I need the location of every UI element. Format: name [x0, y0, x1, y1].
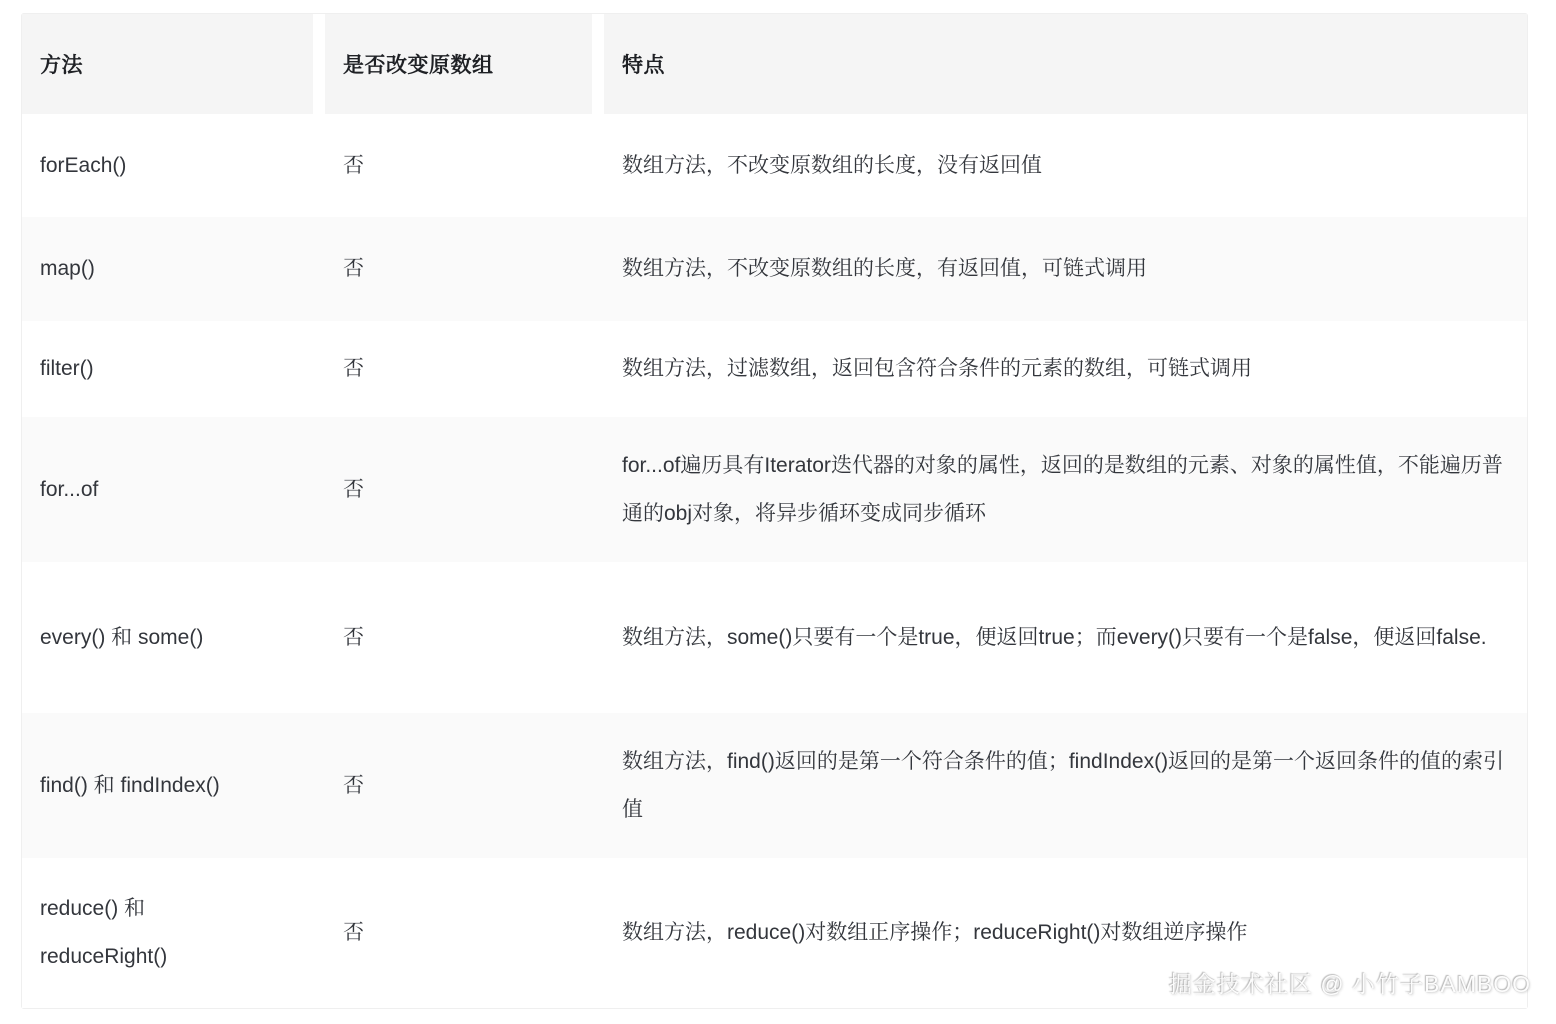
method-cell: map()	[22, 217, 313, 321]
table-header-row: 方法 是否改变原数组 特点	[22, 14, 1527, 114]
table-row: filter() 否 数组方法，过滤数组，返回包含符合条件的元素的数组，可链式调…	[22, 321, 1527, 417]
table-row: forEach() 否 数组方法，不改变原数组的长度，没有返回值	[22, 114, 1527, 217]
mutates-cell: 否	[325, 713, 592, 858]
mutates-cell: 否	[325, 858, 592, 1008]
column-header-mutates: 是否改变原数组	[325, 14, 592, 114]
method-cell: for...of	[22, 417, 313, 562]
method-cell: find() 和 findIndex()	[22, 713, 313, 858]
feature-cell: 数组方法，不改变原数组的长度，没有返回值	[604, 114, 1527, 217]
table-row: find() 和 findIndex() 否 数组方法，find()返回的是第一…	[22, 713, 1527, 858]
mutates-cell: 否	[325, 217, 592, 321]
methods-comparison-table: 方法 是否改变原数组 特点 forEach() 否 数组方法，不改变原数组的长度…	[21, 13, 1528, 1009]
feature-cell: 数组方法，不改变原数组的长度，有返回值，可链式调用	[604, 217, 1527, 321]
mutates-cell: 否	[325, 114, 592, 217]
method-cell: every() 和 some()	[22, 562, 313, 713]
method-cell: filter()	[22, 321, 313, 417]
table-row: for...of 否 for...of遍历具有Iterator迭代器的对象的属性…	[22, 417, 1527, 562]
juejin-watermark: 掘金技术社区 @ 小竹子BAMBOO	[1169, 966, 1531, 999]
mutates-cell: 否	[325, 417, 592, 562]
feature-cell: for...of遍历具有Iterator迭代器的对象的属性，返回的是数组的元素、…	[604, 417, 1527, 562]
mutates-cell: 否	[325, 321, 592, 417]
table-row: map() 否 数组方法，不改变原数组的长度，有返回值，可链式调用	[22, 217, 1527, 321]
mutates-cell: 否	[325, 562, 592, 713]
column-header-feature: 特点	[604, 14, 1527, 114]
feature-cell: 数组方法，find()返回的是第一个符合条件的值；findIndex()返回的是…	[604, 713, 1527, 858]
method-cell: forEach()	[22, 114, 313, 217]
method-cell: reduce() 和 reduceRight()	[22, 858, 313, 1008]
table-row: every() 和 some() 否 数组方法，some()只要有一个是true…	[22, 562, 1527, 713]
feature-cell: 数组方法，some()只要有一个是true，便返回true；而every()只要…	[604, 562, 1527, 713]
feature-cell: 数组方法，过滤数组，返回包含符合条件的元素的数组，可链式调用	[604, 321, 1527, 417]
column-header-method: 方法	[22, 14, 313, 114]
table-body: forEach() 否 数组方法，不改变原数组的长度，没有返回值 map() 否…	[22, 114, 1527, 1008]
